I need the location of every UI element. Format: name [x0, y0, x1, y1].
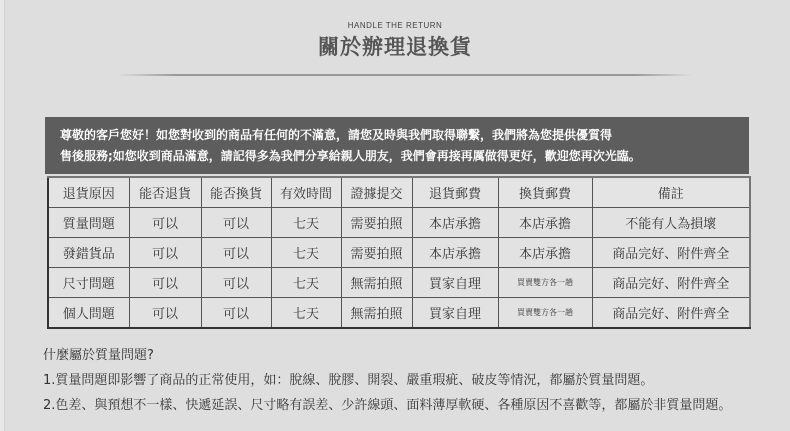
table-cell: 七天 [271, 298, 341, 329]
header-cell: 有效時間 [271, 177, 341, 208]
table-cell: 可以 [201, 208, 271, 238]
header-divider [118, 74, 692, 76]
header-subtitle: HANDLE THE RETURN [0, 21, 790, 30]
table-cell: 可以 [201, 298, 271, 329]
header-cell: 退貨郵費 [412, 177, 498, 208]
banner-line-2: 售後服務;如您收到商品滿意，請記得多為我們分享給親人朋友，我們會再接再厲做得更好… [60, 146, 749, 167]
table-row: 質量問題 可以 可以 七天 需要拍照 本店承擔 本店承擔 不能有人為損壞 [48, 208, 750, 238]
table-header-row: 退貨原因 能否退貨 能否換貨 有效時間 證據提交 退貨郵費 換貨郵費 備註 [48, 177, 750, 208]
table-cell: 本店承擔 [412, 238, 498, 268]
table-cell: 本店承擔 [498, 238, 592, 268]
table-cell: 買家自理 [412, 268, 498, 298]
table-cell: 需要拍照 [341, 238, 412, 268]
table-cell: 七天 [271, 208, 341, 238]
table-cell: 尺寸問題 [48, 268, 129, 298]
header-cell: 換貨郵費 [498, 177, 592, 208]
header-cell: 退貨原因 [48, 177, 129, 208]
greeting-banner: 尊敬的客戶您好！如您對收到的商品有任何的不滿意，請您及時與我們取得聯繫，我們將為… [45, 117, 749, 174]
header-cell: 能否換貨 [201, 177, 271, 208]
table-cell: 可以 [201, 268, 271, 298]
table-cell: 個人問題 [48, 298, 129, 329]
table-cell: 質量問題 [48, 208, 129, 238]
notes-item-1: 1.質量問題即影響了商品的正常使用，如：脫線、脫膠、開裂、嚴重瑕疵、破皮等情況，… [43, 368, 731, 393]
table-cell: 本店承擔 [412, 208, 498, 238]
header-cell: 備註 [592, 177, 750, 208]
table-row: 發錯貨品 可以 可以 七天 需要拍照 本店承擔 本店承擔 商品完好、附件齊全 [48, 238, 750, 268]
table-cell: 買賣雙方各一趟 [498, 298, 592, 329]
header-cell: 能否退貨 [129, 177, 201, 208]
table-cell: 可以 [201, 238, 271, 268]
header-cell: 證據提交 [341, 177, 412, 208]
table-row: 個人問題 可以 可以 七天 無需拍照 買家自理 買賣雙方各一趟 商品完好、附件齊… [48, 298, 750, 329]
table-cell: 可以 [129, 238, 201, 268]
table-cell: 七天 [271, 268, 341, 298]
table-cell: 商品完好、附件齊全 [592, 298, 750, 329]
table-cell: 無需拍照 [341, 298, 412, 329]
table-cell: 可以 [129, 298, 201, 329]
table-cell: 七天 [271, 238, 341, 268]
table-cell: 可以 [129, 268, 201, 298]
table-cell: 商品完好、附件齊全 [592, 268, 750, 298]
table-cell: 買家自理 [412, 298, 498, 329]
page-left-edge [0, 0, 5, 431]
table-cell: 商品完好、附件齊全 [592, 238, 750, 268]
quality-notes: 什麼屬於質量問題? 1.質量問題即影響了商品的正常使用，如：脫線、脫膠、開裂、嚴… [43, 343, 731, 418]
table-cell: 無需拍照 [341, 268, 412, 298]
return-policy-table: 退貨原因 能否退貨 能否換貨 有效時間 證據提交 退貨郵費 換貨郵費 備註 質量… [47, 176, 751, 329]
notes-question: 什麼屬於質量問題? [43, 343, 731, 368]
table-cell: 發錯貨品 [48, 238, 129, 268]
table-cell: 不能有人為損壞 [592, 208, 750, 238]
page-title: 關於辦理退換貨 [0, 31, 790, 61]
banner-line-1: 尊敬的客戶您好！如您對收到的商品有任何的不滿意，請您及時與我們取得聯繫，我們將為… [60, 125, 749, 146]
table-cell: 可以 [129, 208, 201, 238]
table-cell: 買賣雙方各一趟 [498, 268, 592, 298]
table-cell: 需要拍照 [341, 208, 412, 238]
table-row: 尺寸問題 可以 可以 七天 無需拍照 買家自理 買賣雙方各一趟 商品完好、附件齊… [48, 268, 750, 298]
table-cell: 本店承擔 [498, 208, 592, 238]
notes-item-2: 2.色差、與預想不一樣、快遞延誤、尺寸略有誤差、少許線頭、面料薄厚軟硬、各種原因… [43, 393, 731, 418]
